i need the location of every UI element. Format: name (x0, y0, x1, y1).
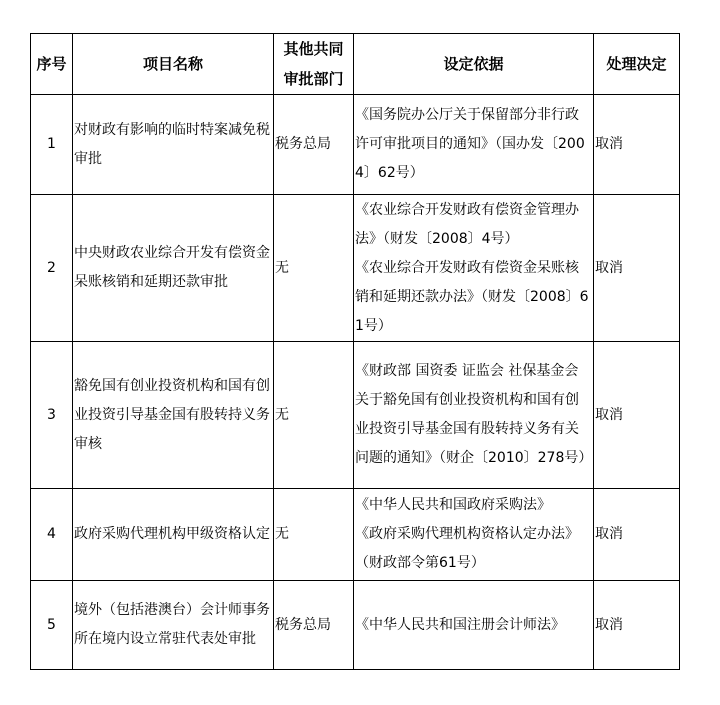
table-row: 2 中央财政农业综合开发有偿资金呆账核销和延期还款审批 无 《农业综合开发财政有… (31, 195, 680, 342)
cell-co-approval-dept: 无 (274, 195, 354, 342)
cell-legal-basis: 《国务院办公厅关于保留部分非行政许可审批项目的通知》（国办发〔2004〕62号） (354, 95, 594, 195)
basis-text: 《政府采购代理机构资格认定办法》（财政部令第61号） (355, 520, 592, 578)
header-item-name: 项目名称 (73, 34, 274, 95)
cell-legal-basis: 《农业综合开发财政有偿资金管理办法》（财发〔2008〕4号） 《农业综合开发财政… (354, 195, 594, 342)
table-row: 5 境外（包括港澳台）会计师事务所在境内设立常驻代表处审批 税务总局 《中华人民… (31, 581, 680, 670)
cell-co-approval-dept: 无 (274, 342, 354, 489)
table-row: 4 政府采购代理机构甲级资格认定 无 《中华人民共和国政府采购法》 《政府采购代… (31, 489, 680, 581)
basis-text: 《农业综合开发财政有偿资金呆账核销和延期还款办法》（财发〔2008〕61号） (355, 254, 592, 341)
table-header-row: 序号 项目名称 其他共同 审批部门 设定依据 处理决定 (31, 34, 680, 95)
basis-text: 《财政部 国资委 证监会 社保基金会关于豁免国有创业投资机构和国有创业投资引导基… (355, 357, 592, 473)
cell-co-approval-dept: 税务总局 (274, 95, 354, 195)
cell-co-approval-dept: 无 (274, 489, 354, 581)
header-decision: 处理决定 (594, 34, 680, 95)
cell-seq: 2 (31, 195, 73, 342)
cell-item-name: 中央财政农业综合开发有偿资金呆账核销和延期还款审批 (73, 195, 274, 342)
header-dept-line1: 其他共同 (275, 34, 352, 64)
cell-decision: 取消 (594, 95, 680, 195)
basis-text: 《农业综合开发财政有偿资金管理办法》（财发〔2008〕4号） (355, 196, 592, 254)
cell-item-name: 政府采购代理机构甲级资格认定 (73, 489, 274, 581)
header-legal-basis: 设定依据 (354, 34, 594, 95)
table-row: 1 对财政有影响的临时特案减免税审批 税务总局 《国务院办公厅关于保留部分非行政… (31, 95, 680, 195)
cell-seq: 4 (31, 489, 73, 581)
header-co-approval-dept: 其他共同 审批部门 (274, 34, 354, 95)
basis-text: 《国务院办公厅关于保留部分非行政许可审批项目的通知》（国办发〔2004〕62号） (355, 101, 592, 188)
cell-decision: 取消 (594, 581, 680, 670)
cell-seq: 5 (31, 581, 73, 670)
cell-co-approval-dept: 税务总局 (274, 581, 354, 670)
basis-text: 《中华人民共和国注册会计师法》 (355, 611, 592, 640)
cell-seq: 1 (31, 95, 73, 195)
cell-seq: 3 (31, 342, 73, 489)
header-seq: 序号 (31, 34, 73, 95)
cell-decision: 取消 (594, 489, 680, 581)
approval-items-table: 序号 项目名称 其他共同 审批部门 设定依据 处理决定 1 对财政有影响的临时特… (30, 33, 680, 670)
cell-legal-basis: 《财政部 国资委 证监会 社保基金会关于豁免国有创业投资机构和国有创业投资引导基… (354, 342, 594, 489)
cell-legal-basis: 《中华人民共和国注册会计师法》 (354, 581, 594, 670)
cell-decision: 取消 (594, 342, 680, 489)
basis-text: 《中华人民共和国政府采购法》 (355, 491, 592, 520)
cell-item-name: 境外（包括港澳台）会计师事务所在境内设立常驻代表处审批 (73, 581, 274, 670)
cell-legal-basis: 《中华人民共和国政府采购法》 《政府采购代理机构资格认定办法》（财政部令第61号… (354, 489, 594, 581)
header-dept-line2: 审批部门 (275, 64, 352, 94)
cell-item-name: 对财政有影响的临时特案减免税审批 (73, 95, 274, 195)
cell-item-name: 豁免国有创业投资机构和国有创业投资引导基金国有股转持义务审核 (73, 342, 274, 489)
table-row: 3 豁免国有创业投资机构和国有创业投资引导基金国有股转持义务审核 无 《财政部 … (31, 342, 680, 489)
cell-decision: 取消 (594, 195, 680, 342)
